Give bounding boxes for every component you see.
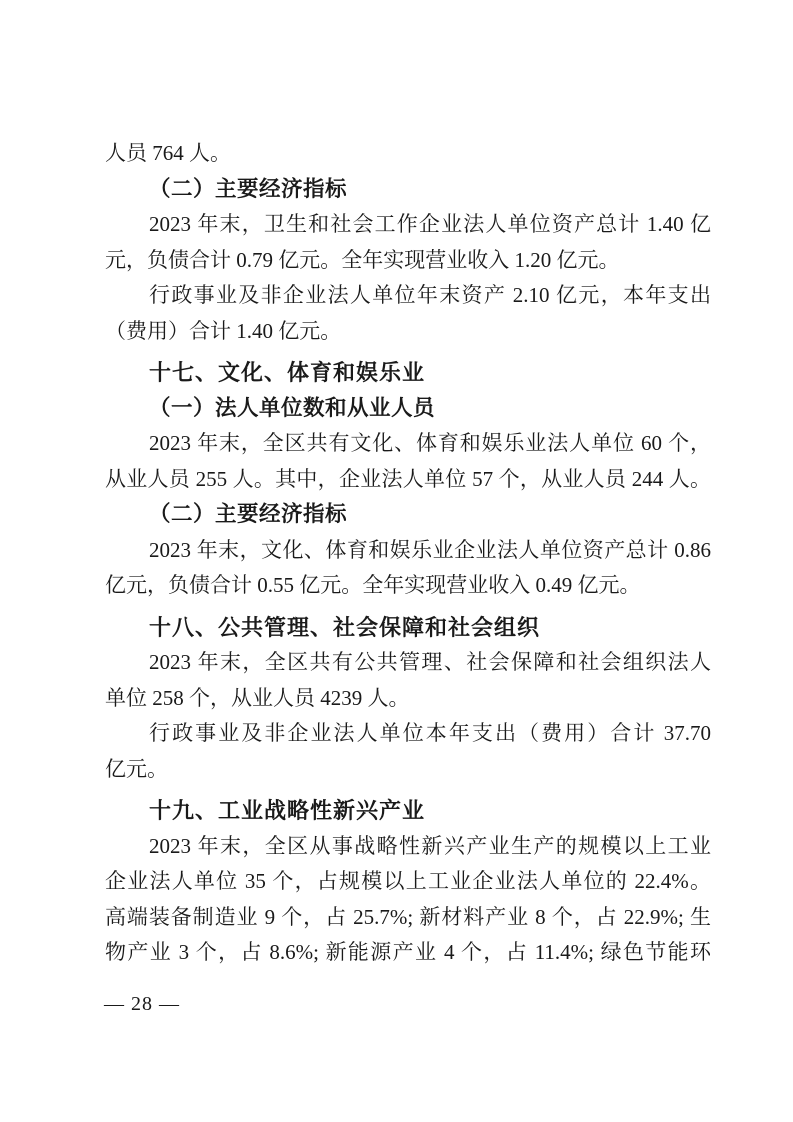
section-heading: 十九、工业战略性新兴产业 [105,793,711,829]
document-page: 人员 764 人。（二）主要经济指标2023 年末，卫生和社会工作企业法人单位资… [0,0,793,1122]
body-text-line: 2023 年末，全区共有公共管理、社会保障和社会组织法人 [105,645,711,681]
body-text-line: 企业法人单位 35 个，占规模以上工业企业法人单位的 22.4%。 [105,864,711,900]
page-number: — 28 — [104,992,180,1016]
body-text-line: 2023 年末，文化、体育和娱乐业企业法人单位资产总计 0.86 [105,533,711,569]
body-text-line: 元，负债合计 0.79 亿元。全年实现营业收入 1.20 亿元。 [105,243,711,279]
section-heading: 十八、公共管理、社会保障和社会组织 [105,610,711,646]
body-text-line: （费用）合计 1.40 亿元。 [105,314,711,350]
sub-heading: （一）法人单位数和从业人员 [105,391,711,427]
body-text-line: 2023 年末，全区共有文化、体育和娱乐业法人单位 60 个， [105,426,711,462]
sub-heading: （二）主要经济指标 [105,497,711,533]
body-text-line: 亿元，负债合计 0.55 亿元。全年实现营业收入 0.49 亿元。 [105,568,711,604]
sub-heading: （二）主要经济指标 [105,172,711,208]
body-text-line: 2023 年末，全区从事战略性新兴产业生产的规模以上工业 [105,829,711,865]
body-text-line: 人员 764 人。 [105,136,711,172]
body-text-line: 从业人员 255 人。其中，企业法人单位 57 个，从业人员 244 人。 [105,462,711,498]
body-text-line: 物产业 3 个，占 8.6%; 新能源产业 4 个，占 11.4%; 绿色节能环 [105,935,711,971]
section-heading: 十七、文化、体育和娱乐业 [105,355,711,391]
body-text-line: 高端装备制造业 9 个，占 25.7%; 新材料产业 8 个，占 22.9%; … [105,900,711,936]
body-text-line: 单位 258 个，从业人员 4239 人。 [105,681,711,717]
body-text-line: 行政事业及非企业法人单位年末资产 2.10 亿元，本年支出 [105,278,711,314]
document-content: 人员 764 人。（二）主要经济指标2023 年末，卫生和社会工作企业法人单位资… [105,136,711,971]
body-text-line: 亿元。 [105,752,711,788]
body-text-line: 行政事业及非企业法人单位本年支出（费用）合计 37.70 [105,716,711,752]
body-text-line: 2023 年末，卫生和社会工作企业法人单位资产总计 1.40 亿 [105,207,711,243]
